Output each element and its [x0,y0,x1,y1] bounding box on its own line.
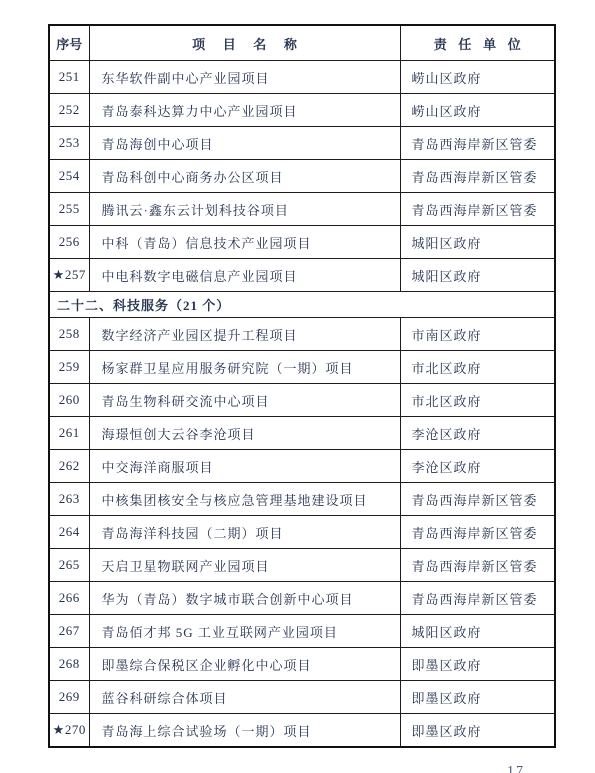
row-project-name: 青岛海上综合试验场（一期）项目 [89,714,400,748]
row-serial-number: 260 [49,384,89,417]
row-responsible-unit: 李沧区政府 [400,417,555,450]
table-row: ★257中电科数字电磁信息产业园项目城阳区政府 [49,259,555,292]
row-serial-number: 266 [49,582,89,615]
row-serial-number: ★257 [49,259,89,292]
row-serial-number: 256 [49,226,89,259]
table-row: 264青岛海洋科技园（二期）项目青岛西海岸新区管委 [49,516,555,549]
header-responsible-unit: 责 任 单 位 [400,25,555,61]
row-project-name: 青岛科创中心商务办公区项目 [89,160,400,193]
table-row: 269蓝谷科研综合体项目即墨区政府 [49,681,555,714]
row-serial-number: 267 [49,615,89,648]
row-serial-number: 268 [49,648,89,681]
row-serial-number: 254 [49,160,89,193]
row-serial-number: 261 [49,417,89,450]
section-row: 二十二、科技服务（21 个） [49,292,555,318]
table-row: ★270青岛海上综合试验场（一期）项目即墨区政府 [49,714,555,748]
row-project-name: 腾讯云·鑫东云计划科技谷项目 [89,193,400,226]
row-serial-number: 252 [49,94,89,127]
table-row: 259杨家群卫星应用服务研究院（一期）项目市北区政府 [49,351,555,384]
row-responsible-unit: 崂山区政府 [400,61,555,94]
row-serial-number: 263 [49,483,89,516]
table-row: 265天启卫星物联网产业园项目青岛西海岸新区管委 [49,549,555,582]
row-responsible-unit: 市北区政府 [400,351,555,384]
table-row: 268即墨综合保税区企业孵化中心项目即墨区政府 [49,648,555,681]
section-label: 二十二、科技服务（21 个） [49,292,555,318]
row-project-name: 天启卫星物联网产业园项目 [89,549,400,582]
row-project-name: 中电科数字电磁信息产业园项目 [89,259,400,292]
row-responsible-unit: 即墨区政府 [400,681,555,714]
table-row: 263中核集团核安全与核应急管理基地建设项目青岛西海岸新区管委 [49,483,555,516]
row-responsible-unit: 青岛西海岸新区管委 [400,160,555,193]
row-responsible-unit: 李沧区政府 [400,450,555,483]
row-serial-number: 262 [49,450,89,483]
header-project-name: 项 目 名 称 [89,25,400,61]
table-row: 261海璟恒创大云谷李沧项目李沧区政府 [49,417,555,450]
row-responsible-unit: 即墨区政府 [400,648,555,681]
row-project-name: 即墨综合保税区企业孵化中心项目 [89,648,400,681]
row-project-name: 海璟恒创大云谷李沧项目 [89,417,400,450]
table-row: 267青岛佰才邦 5G 工业互联网产业园项目城阳区政府 [49,615,555,648]
row-project-name: 中核集团核安全与核应急管理基地建设项目 [89,483,400,516]
row-serial-number: ★270 [49,714,89,748]
row-project-name: 数字经济产业园区提升工程项目 [89,318,400,351]
row-responsible-unit: 市北区政府 [400,384,555,417]
row-responsible-unit: 城阳区政府 [400,226,555,259]
table-row: 256中科（青岛）信息技术产业园项目城阳区政府 [49,226,555,259]
table-row: 260青岛生物科研交流中心项目市北区政府 [49,384,555,417]
row-project-name: 东华软件副中心产业园项目 [89,61,400,94]
row-responsible-unit: 青岛西海岸新区管委 [400,483,555,516]
header-serial-number: 序号 [49,25,89,61]
row-serial-number: 255 [49,193,89,226]
table-row: 251东华软件副中心产业园项目崂山区政府 [49,61,555,94]
table-row: 255腾讯云·鑫东云计划科技谷项目青岛西海岸新区管委 [49,193,555,226]
row-project-name: 青岛生物科研交流中心项目 [89,384,400,417]
document-page: 序号 项 目 名 称 责 任 单 位 251东华软件副中心产业园项目崂山区政府2… [0,0,595,773]
table-row: 253青岛海创中心项目青岛西海岸新区管委 [49,127,555,160]
row-serial-number: 259 [49,351,89,384]
row-responsible-unit: 即墨区政府 [400,714,555,748]
page-number: 17 [507,764,525,773]
row-project-name: 中交海洋商服项目 [89,450,400,483]
table-row: 262中交海洋商服项目李沧区政府 [49,450,555,483]
row-responsible-unit: 青岛西海岸新区管委 [400,516,555,549]
row-serial-number: 253 [49,127,89,160]
table-row: 252青岛泰科达算力中心产业园项目崂山区政府 [49,94,555,127]
table-header: 序号 项 目 名 称 责 任 单 位 [49,25,555,61]
project-table: 序号 项 目 名 称 责 任 单 位 251东华软件副中心产业园项目崂山区政府2… [48,24,556,748]
row-responsible-unit: 市南区政府 [400,318,555,351]
row-responsible-unit: 城阳区政府 [400,259,555,292]
row-serial-number: 258 [49,318,89,351]
row-project-name: 青岛泰科达算力中心产业园项目 [89,94,400,127]
table-body: 251东华软件副中心产业园项目崂山区政府252青岛泰科达算力中心产业园项目崂山区… [49,61,555,748]
table-row: 258数字经济产业园区提升工程项目市南区政府 [49,318,555,351]
row-serial-number: 265 [49,549,89,582]
table-row: 266华为（青岛）数字城市联合创新中心项目青岛西海岸新区管委 [49,582,555,615]
row-responsible-unit: 城阳区政府 [400,615,555,648]
row-project-name: 青岛佰才邦 5G 工业互联网产业园项目 [89,615,400,648]
header-row: 序号 项 目 名 称 责 任 单 位 [49,25,555,61]
table-row: 254青岛科创中心商务办公区项目青岛西海岸新区管委 [49,160,555,193]
row-project-name: 青岛海创中心项目 [89,127,400,160]
row-responsible-unit: 青岛西海岸新区管委 [400,549,555,582]
row-project-name: 蓝谷科研综合体项目 [89,681,400,714]
row-project-name: 青岛海洋科技园（二期）项目 [89,516,400,549]
row-serial-number: 264 [49,516,89,549]
row-responsible-unit: 青岛西海岸新区管委 [400,127,555,160]
row-project-name: 中科（青岛）信息技术产业园项目 [89,226,400,259]
row-responsible-unit: 青岛西海岸新区管委 [400,582,555,615]
row-project-name: 杨家群卫星应用服务研究院（一期）项目 [89,351,400,384]
row-serial-number: 251 [49,61,89,94]
row-project-name: 华为（青岛）数字城市联合创新中心项目 [89,582,400,615]
row-responsible-unit: 青岛西海岸新区管委 [400,193,555,226]
row-responsible-unit: 崂山区政府 [400,94,555,127]
row-serial-number: 269 [49,681,89,714]
